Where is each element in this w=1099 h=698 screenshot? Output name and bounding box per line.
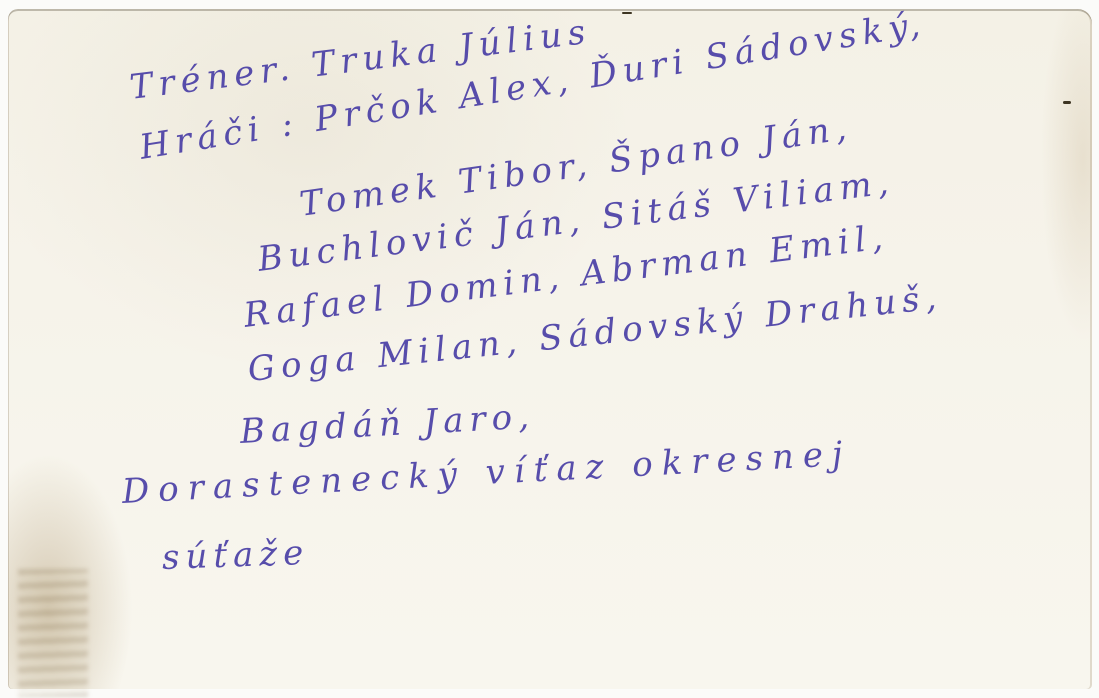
dirt-speck <box>622 12 632 14</box>
scanned-document: Tréner. Truka Július Hráči : Prčok Alex,… <box>0 0 1099 698</box>
water-stain <box>18 569 88 697</box>
dirt-speck <box>1063 101 1071 104</box>
handwritten-line-title-2: súťaže <box>161 533 310 578</box>
